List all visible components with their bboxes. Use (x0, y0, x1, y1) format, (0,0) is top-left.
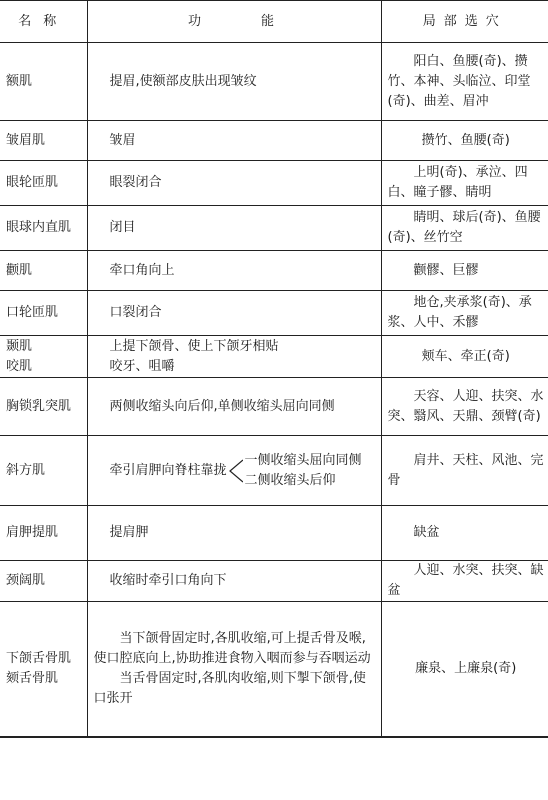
table-row: 肩胛提肌 提肩胛 缺盆 (0, 506, 548, 561)
bracket-branches: 一侧收缩头屈向同侧 二侧收缩头后仰 (245, 451, 362, 491)
header-acupoints: 局部选穴 (381, 1, 548, 43)
table-row: 颞肌 咬肌 上提下颌骨、使上下颌牙相贴 咬牙、咀嚼 颊车、牵正(奇) (0, 336, 548, 378)
muscle-function: 上提下颌骨、使上下颌牙相贴 咬牙、咀嚼 (87, 336, 381, 378)
acupoints: 攒竹、鱼腰(奇) (381, 121, 548, 161)
acupoints: 阳白、鱼腰(奇)、攒竹、本神、头临泣、印堂(奇)、曲差、眉冲 (381, 43, 548, 121)
acupoints: 睛明、球后(奇)、鱼腰(奇)、丝竹空 (381, 206, 548, 251)
muscle-function: 闭目 (87, 206, 381, 251)
muscle-function: 牵口角向上 (87, 251, 381, 291)
table-row: 口轮匝肌 口裂闭合 地仓,夹承浆(奇)、承浆、人中、禾髎 (0, 291, 548, 336)
function-paragraph: 当舌骨固定时,各肌肉收缩,则下掣下颌骨,使口张开 (94, 669, 375, 709)
muscle-name: 胸锁乳突肌 (0, 378, 87, 436)
acupoints: 天容、人迎、扶突、水突、翳风、天鼎、颈臂(奇) (381, 378, 548, 436)
header-name: 名称 (0, 1, 87, 43)
muscle-function: 两侧收缩头向后仰,单侧收缩头屈向同侧 (87, 378, 381, 436)
muscle-name: 颞肌 咬肌 (0, 336, 87, 378)
function-line: 咬牙、咀嚼 (110, 357, 375, 377)
bracket-branch: 二侧收缩头后仰 (245, 471, 362, 491)
muscle-function: 口裂闭合 (87, 291, 381, 336)
muscle-acupoint-table: 名称 功能 局部选穴 额肌 提眉,使额部皮肤出现皱纹 阳白、鱼腰(奇)、攒竹、本… (0, 0, 548, 738)
table-row: 颧肌 牵口角向上 颧髎、巨髎 (0, 251, 548, 291)
acupoints: 颊车、牵正(奇) (381, 336, 548, 378)
table-row: 眼轮匝肌 眼裂闭合 上明(奇)、承泣、四白、瞳子髎、睛明 (0, 161, 548, 206)
muscle-function: 当下颌骨固定时,各肌收缩,可上提舌骨及喉,使口腔底向上,协助推进食物入咽而参与吞… (87, 602, 381, 737)
header-function: 功能 (87, 1, 381, 43)
acupoints: 廉泉、上廉泉(奇) (381, 602, 548, 737)
muscle-name: 颈阔肌 (0, 561, 87, 602)
muscle-name: 眼球内直肌 (0, 206, 87, 251)
function-paragraph: 当下颌骨固定时,各肌收缩,可上提舌骨及喉,使口腔底向上,协助推进食物入咽而参与吞… (94, 629, 375, 669)
acupoints: 人迎、水突、扶突、缺盆 (381, 561, 548, 602)
muscle-function: 皱眉 (87, 121, 381, 161)
muscle-function: 收缩时牵引口角向下 (87, 561, 381, 602)
table-row: 眼球内直肌 闭目 睛明、球后(奇)、鱼腰(奇)、丝竹空 (0, 206, 548, 251)
bracket-branch: 一侧收缩头屈向同侧 (245, 451, 362, 471)
table-row: 胸锁乳突肌 两侧收缩头向后仰,单侧收缩头屈向同侧 天容、人迎、扶突、水突、翳风、… (0, 378, 548, 436)
acupoints: 颧髎、巨髎 (381, 251, 548, 291)
muscle-name: 皱眉肌 (0, 121, 87, 161)
table-row: 斜方肌 牵引肩胛向脊柱靠拢 一侧收缩头屈向同侧 二侧收缩头后仰 肩井、天柱、风池… (0, 436, 548, 506)
muscle-name: 肩胛提肌 (0, 506, 87, 561)
muscle-name-line: 咬肌 (6, 357, 81, 377)
bracket-branch-icon (229, 454, 243, 488)
muscle-name-line: 颏舌骨肌 (6, 669, 81, 689)
table-row: 颈阔肌 收缩时牵引口角向下 人迎、水突、扶突、缺盆 (0, 561, 548, 602)
function-line: 上提下颌骨、使上下颌牙相贴 (110, 337, 375, 357)
muscle-function: 提眉,使额部皮肤出现皱纹 (87, 43, 381, 121)
muscle-name: 斜方肌 (0, 436, 87, 506)
muscle-name-line: 颞肌 (6, 337, 81, 357)
table-row: 皱眉肌 皱眉 攒竹、鱼腰(奇) (0, 121, 548, 161)
muscle-name: 额肌 (0, 43, 87, 121)
acupoints: 肩井、天柱、风池、完骨 (381, 436, 548, 506)
muscle-function: 眼裂闭合 (87, 161, 381, 206)
muscle-name-line: 下颌舌骨肌 (6, 649, 81, 669)
muscle-name: 下颌舌骨肌 颏舌骨肌 (0, 602, 87, 737)
acupoints: 缺盆 (381, 506, 548, 561)
function-bracket: 牵引肩胛向脊柱靠拢 一侧收缩头屈向同侧 二侧收缩头后仰 (110, 451, 375, 491)
muscle-function: 牵引肩胛向脊柱靠拢 一侧收缩头屈向同侧 二侧收缩头后仰 (87, 436, 381, 506)
table-row: 额肌 提眉,使额部皮肤出现皱纹 阳白、鱼腰(奇)、攒竹、本神、头临泣、印堂(奇)… (0, 43, 548, 121)
table-row: 下颌舌骨肌 颏舌骨肌 当下颌骨固定时,各肌收缩,可上提舌骨及喉,使口腔底向上,协… (0, 602, 548, 737)
acupoints: 上明(奇)、承泣、四白、瞳子髎、睛明 (381, 161, 548, 206)
bracket-main: 牵引肩胛向脊柱靠拢 (110, 461, 227, 481)
acupoints: 地仓,夹承浆(奇)、承浆、人中、禾髎 (381, 291, 548, 336)
muscle-function: 提肩胛 (87, 506, 381, 561)
muscle-name: 颧肌 (0, 251, 87, 291)
muscle-name: 眼轮匝肌 (0, 161, 87, 206)
header-row: 名称 功能 局部选穴 (0, 1, 548, 43)
muscle-name: 口轮匝肌 (0, 291, 87, 336)
